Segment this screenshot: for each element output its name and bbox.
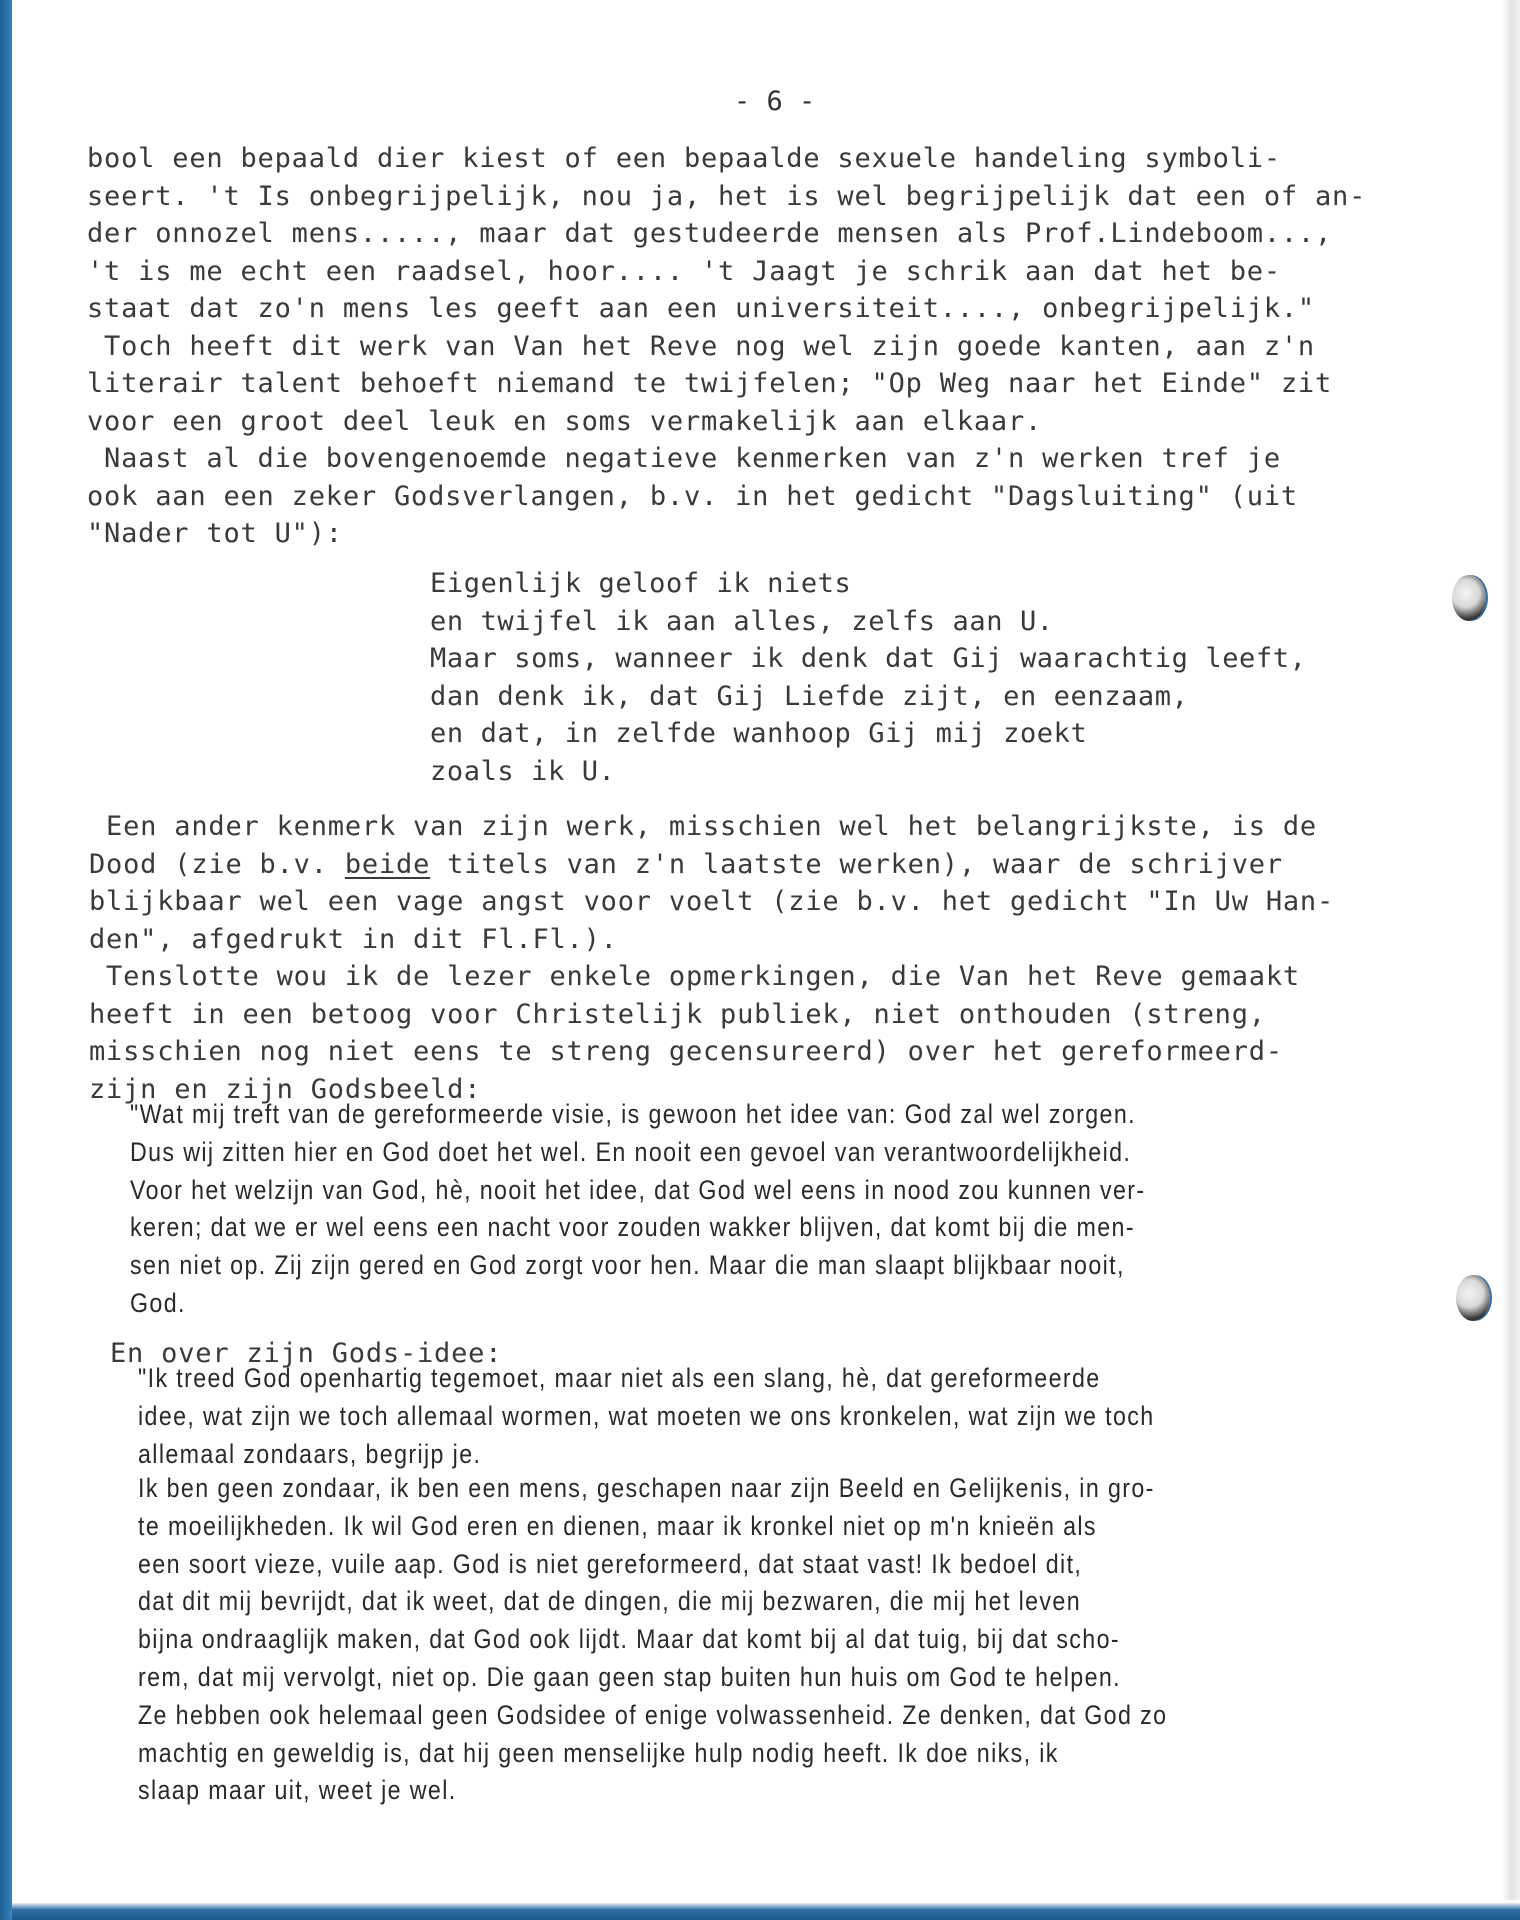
page-number: - 6 -	[734, 86, 815, 117]
quote-line: God.	[130, 1285, 1308, 1323]
quote-line: machtig en geweldig is, dat hij geen men…	[138, 1735, 1316, 1773]
quote-zondaar: Ik ben geen zondaar, ik ben een mens, ge…	[138, 1470, 1316, 1810]
text-line: den", afgedrukt in dit Fl.Fl.).	[89, 921, 1459, 959]
text-segment: Dood (zie b.v.	[89, 849, 345, 880]
poem-line: zoals ik U.	[430, 753, 1306, 791]
quote-line: dat dit mij bevrijdt, dat ik weet, dat d…	[138, 1583, 1316, 1621]
paragraph-2: Een ander kenmerk van zijn werk, misschi…	[89, 808, 1459, 1108]
text-line: Dood (zie b.v. beide titels van z'n laat…	[89, 846, 1459, 884]
quote-line: Ze hebben ook helemaal geen Godsidee of …	[138, 1697, 1316, 1735]
quote-gods-idee: "Ik treed God openhartig tegemoet, maar …	[138, 1360, 1316, 1473]
paragraph-1: bool een bepaald dier kiest of een bepaa…	[87, 140, 1457, 553]
quote-line: "Ik treed God openhartig tegemoet, maar …	[138, 1360, 1316, 1398]
text-line: 't is me echt een raadsel, hoor.... 't J…	[87, 253, 1457, 291]
poem-line: Eigenlijk geloof ik niets	[430, 565, 1306, 603]
quote-line: rem, dat mij vervolgt, niet op. Die gaan…	[138, 1659, 1316, 1697]
text-line: ook aan een zeker Godsverlangen, b.v. in…	[87, 478, 1457, 516]
quote-line: keren; dat we er wel eens een nacht voor…	[130, 1209, 1308, 1247]
binder-edge	[0, 0, 12, 1920]
quote-line: "Wat mij treft van de gereformeerde visi…	[130, 1096, 1308, 1134]
text-line: Toch heeft dit werk van Van het Reve nog…	[87, 328, 1457, 366]
poem-line: en dat, in zelfde wanhoop Gij mij zoekt	[430, 715, 1306, 753]
quote-line: sen niet op. Zij zijn gered en God zorgt…	[130, 1247, 1308, 1285]
text-line: blijkbaar wel een vage angst voor voelt …	[89, 883, 1459, 921]
punch-hole-icon	[1452, 575, 1486, 621]
text-line: literair talent behoeft niemand te twijf…	[87, 365, 1457, 403]
text-segment: titels van z'n laatste werken), waar de …	[430, 849, 1283, 880]
quote-line: Dus wij zitten hier en God doet het wel.…	[130, 1134, 1308, 1172]
poem-line: dan denk ik, dat Gij Liefde zijt, en een…	[430, 678, 1306, 716]
text-line: seert. 't Is onbegrijpelijk, nou ja, het…	[87, 178, 1457, 216]
text-line: misschien nog niet eens te streng gecens…	[89, 1033, 1459, 1071]
poem-line: en twijfel ik aan alles, zelfs aan U.	[430, 603, 1306, 641]
underlined-word: beide	[345, 849, 430, 880]
quote-line: bijna ondraaglijk maken, dat God ook lij…	[138, 1621, 1316, 1659]
quote-line: een soort vieze, vuile aap. God is niet …	[138, 1546, 1316, 1584]
quote-gereformeerd: "Wat mij treft van de gereformeerde visi…	[130, 1096, 1308, 1323]
poem-dagsluiting: Eigenlijk geloof ik niets en twijfel ik …	[430, 565, 1306, 790]
quote-line: allemaal zondaars, begrijp je.	[138, 1436, 1316, 1474]
quote-line: idee, wat zijn we toch allemaal wormen, …	[138, 1398, 1316, 1436]
text-line: "Nader tot U"):	[87, 515, 1457, 553]
poem-line: Maar soms, wanneer ik denk dat Gij waara…	[430, 640, 1306, 678]
text-line: Naast al die bovengenoemde negatieve ken…	[87, 440, 1457, 478]
document-page: - 6 - bool een bepaald dier kiest of een…	[12, 0, 1502, 1903]
text-line: Een ander kenmerk van zijn werk, misschi…	[89, 808, 1459, 846]
quote-line: Ik ben geen zondaar, ik ben een mens, ge…	[138, 1470, 1316, 1508]
text-line: der onnozel mens....., maar dat gestudee…	[87, 215, 1457, 253]
quote-line: slaap maar uit, weet je wel.	[138, 1772, 1316, 1810]
page-edge-shadow	[1502, 0, 1520, 1900]
text-line: voor een groot deel leuk en soms vermake…	[87, 403, 1457, 441]
text-line: staat dat zo'n mens les geeft aan een un…	[87, 290, 1457, 328]
text-line: Tenslotte wou ik de lezer enkele opmerki…	[89, 958, 1459, 996]
text-line: heeft in een betoog voor Christelijk pub…	[89, 996, 1459, 1034]
quote-line: te moeilijkheden. Ik wil God eren en die…	[138, 1508, 1316, 1546]
punch-hole-icon	[1456, 1275, 1490, 1321]
quote-line: Voor het welzijn van God, hè, nooit het …	[130, 1172, 1308, 1210]
text-line: bool een bepaald dier kiest of een bepaa…	[87, 140, 1457, 178]
cover-bottom-edge	[12, 1903, 1520, 1920]
